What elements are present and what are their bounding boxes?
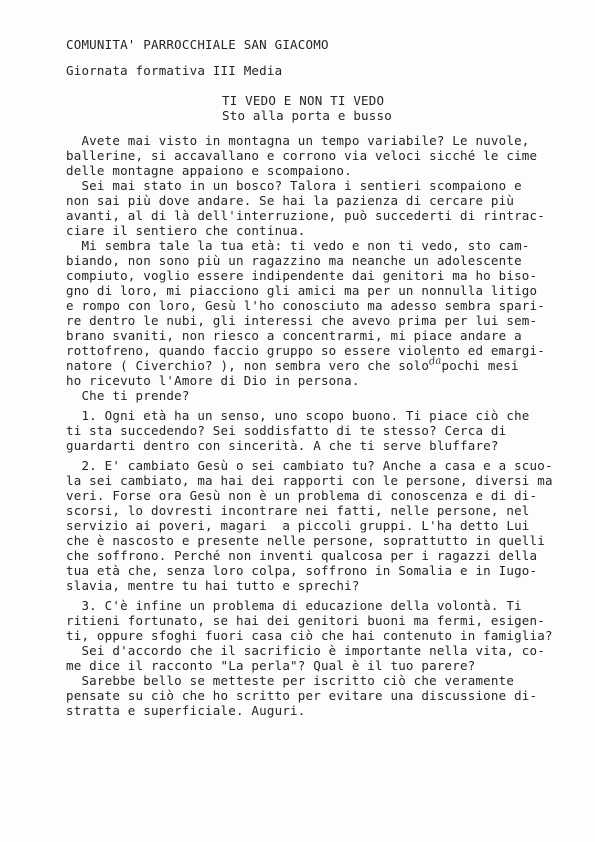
text-line: 1. Ogni età ha un senso, uno scopo buono… xyxy=(66,408,566,423)
text-line: Mi sembra tale la tua età: ti vedo e non… xyxy=(66,238,566,253)
header-event-name: Giornata formativa III Media xyxy=(66,63,566,78)
text-line: compiuto, voglio essere indipendente dai… xyxy=(66,268,566,283)
handwritten-insert: da xyxy=(429,356,442,367)
text-line: veri. Forse ora Gesù non è un problema d… xyxy=(66,488,566,503)
text-line: Sarebbe bello se metteste per iscritto c… xyxy=(66,673,566,688)
text-line: scorsi, lo dovresti incontrare nei fatti… xyxy=(66,503,566,518)
text-line: guardarti dentro con sincerità. A che ti… xyxy=(66,438,566,453)
text-line: ciare il sentiero che continua. xyxy=(66,223,566,238)
paragraph: Sei mai stato in un bosco? Talora i sent… xyxy=(66,178,566,238)
text-line: avanti, al di là dell'interruzione, può … xyxy=(66,208,566,223)
header-community-name: COMUNITA' PARROCCHIALE SAN GIACOMO xyxy=(66,37,566,52)
scanned-page: COMUNITA' PARROCCHIALE SAN GIACOMO Giorn… xyxy=(0,0,595,842)
paragraph: 2. E' cambiato Gesù o sei cambiato tu? A… xyxy=(66,458,566,593)
text-line: stratta e superficiale. Auguri. xyxy=(66,703,566,718)
paragraph: Avete mai visto in montagna un tempo var… xyxy=(66,133,566,178)
paragraph: Mi sembra tale la tua età: ti vedo e non… xyxy=(66,238,566,403)
page-content: COMUNITA' PARROCCHIALE SAN GIACOMO Giorn… xyxy=(66,37,566,718)
text-line: re dentro le nubi, gli interessi che ave… xyxy=(66,313,566,328)
document-body: Avete mai visto in montagna un tempo var… xyxy=(66,133,566,718)
text-line: che è nascosto e presente nelle persone,… xyxy=(66,533,566,548)
text-line: me dice il racconto "La perla"? Qual è i… xyxy=(66,658,566,673)
text-line: servizio ai poveri, magari a piccoli gru… xyxy=(66,518,566,533)
text-line: la sei cambiato, ma hai dei rapporti con… xyxy=(66,473,566,488)
text-line: ti sta succedendo? Sei soddisfatto di te… xyxy=(66,423,566,438)
text-line: gno di loro, mi piacciono gli amici ma p… xyxy=(66,283,566,298)
title-block: TI VEDO E NON TI VEDO Sto alla porta e b… xyxy=(222,93,566,123)
paragraph: 3. C'è infine un problema di educazione … xyxy=(66,598,566,718)
text-line: e rompo con loro, Gesù l'ho conosciuto m… xyxy=(66,298,566,313)
text-line: non sai più dove andare. Se hai la pazie… xyxy=(66,193,566,208)
text-line: biando, non sono più un ragazzino ma nea… xyxy=(66,253,566,268)
document-title: TI VEDO E NON TI VEDO xyxy=(222,93,566,108)
text-line: ho ricevuto l'Amore di Dio in persona. xyxy=(66,373,566,388)
text-line: Sei mai stato in un bosco? Talora i sent… xyxy=(66,178,566,193)
text-line: delle montagne appaiono e scompaiono. xyxy=(66,163,566,178)
text-line: 3. C'è infine un problema di educazione … xyxy=(66,598,566,613)
text-line: brano svaniti, non riesco a concentrarmi… xyxy=(66,328,566,343)
paragraph: 1. Ogni età ha un senso, uno scopo buono… xyxy=(66,408,566,453)
text-line: natore ( Civerchio? ), non sembra vero c… xyxy=(66,358,566,373)
text-line: rottofreno, quando faccio gruppo so esse… xyxy=(66,343,566,358)
text-line: che soffrono. Perché non inventi qualcos… xyxy=(66,548,566,563)
text-line: ti, oppure sfoghi fuori casa ciò che hai… xyxy=(66,628,566,643)
text-line: tua età che, senza loro colpa, soffrono … xyxy=(66,563,566,578)
text-line: Avete mai visto in montagna un tempo var… xyxy=(66,133,566,148)
text-line: 2. E' cambiato Gesù o sei cambiato tu? A… xyxy=(66,458,566,473)
text-line: ballerine, si accavallano e corrono via … xyxy=(66,148,566,163)
text-line: Sei d'accordo che il sacrificio è import… xyxy=(66,643,566,658)
text-line: ritieni fortunato, se hai dei genitori b… xyxy=(66,613,566,628)
document-subtitle: Sto alla porta e busso xyxy=(222,108,566,123)
text-line: slavia, mentre tu hai tutto e sprechi? xyxy=(66,578,566,593)
text-line: pensate su ciò che ho scritto per evitar… xyxy=(66,688,566,703)
text-line: Che ti prende? xyxy=(66,388,566,403)
